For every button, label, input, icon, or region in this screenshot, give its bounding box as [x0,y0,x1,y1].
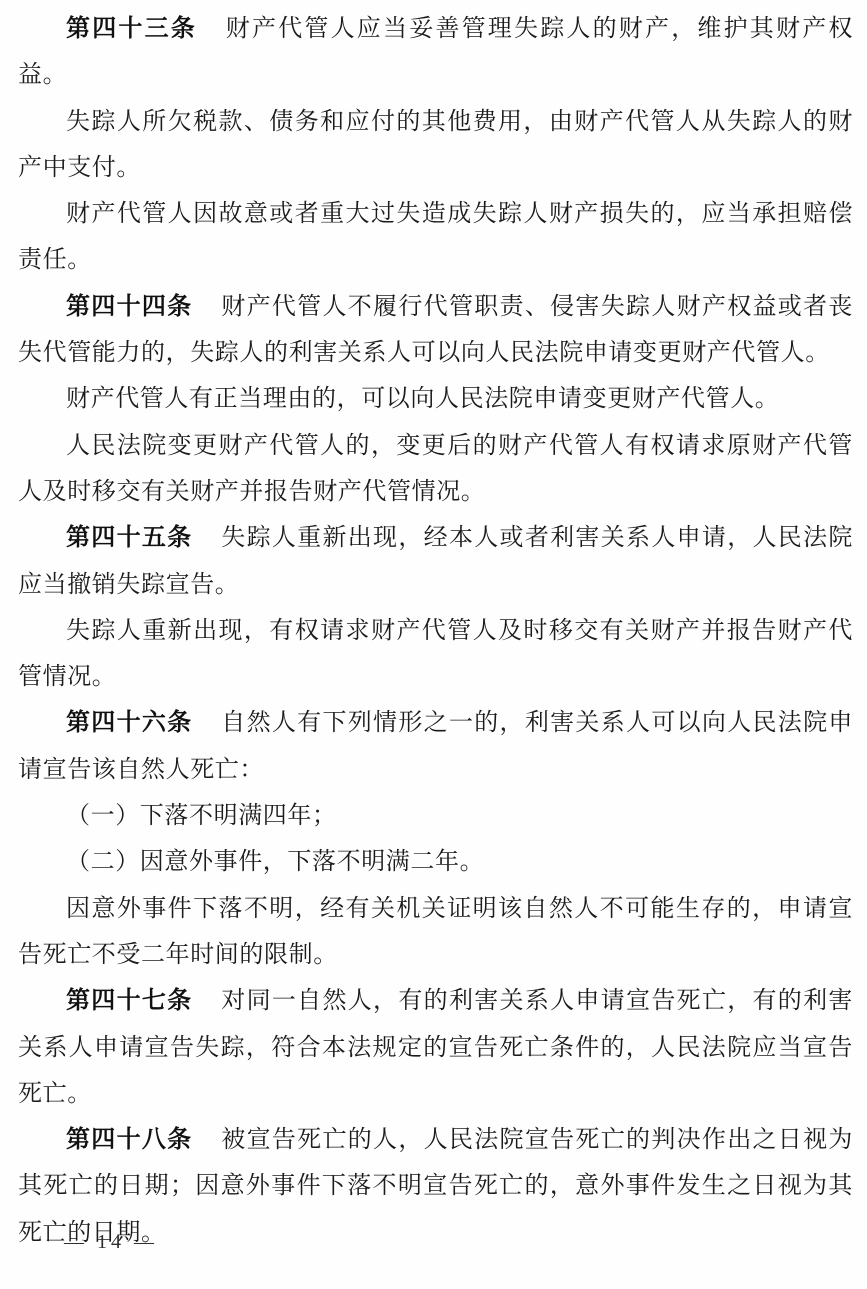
paragraph-text: 因意外事件下落不明，经有关机关证明该自然人不可能生存的，申请宣告死亡不受二年时间… [18,896,853,968]
article-number: 第四十七条 [66,987,192,1014]
article-number: 第四十四条 [66,293,192,320]
document-page: 第四十三条财产代管人应当妥善管理失踪人的财产，维护其财产权益。 失踪人所欠税款、… [0,0,867,1289]
paragraph-text: 人民法院变更财产代管人的，变更后的财产代管人有权请求原财产代管人及时移交有关财产… [18,433,853,505]
document-body: 第四十三条财产代管人应当妥善管理失踪人的财产，维护其财产权益。 失踪人所欠税款、… [18,6,853,1256]
article-number: 第四十六条 [66,709,192,736]
paragraph: 财产代管人因故意或者重大过失造成失踪人财产损失的，应当承担赔偿责任。 [18,191,853,284]
paragraph: 第四十六条自然人有下列情形之一的，利害关系人可以向人民法院申请宣告该自然人死亡： [18,700,853,793]
paragraph-text: 财产代管人因故意或者重大过失造成失踪人财产损失的，应当承担赔偿责任。 [18,201,853,273]
paragraph-text: （二）因意外事件，下落不明满二年。 [66,849,484,875]
paragraph-text: 失踪人所欠税款、债务和应付的其他费用，由财产代管人从失踪人的财产中支付。 [18,109,853,181]
paragraph: 失踪人重新出现，有权请求财产代管人及时移交有关财产并报告财产代管情况。 [18,608,853,701]
article-number: 第四十八条 [66,1126,192,1153]
paragraph: （一）下落不明满四年； [18,793,853,839]
paragraph-text: （一）下落不明满四年； [66,803,337,829]
paragraph: 第四十三条财产代管人应当妥善管理失踪人的财产，维护其财产权益。 [18,6,853,99]
paragraph-text: 失踪人重新出现，有权请求财产代管人及时移交有关财产并报告财产代管情况。 [18,618,853,690]
paragraph-text: 财产代管人有正当理由的，可以向人民法院申请变更财产代管人。 [66,386,779,412]
page-number-label: — 14 — [64,1231,158,1253]
article-number: 第四十五条 [66,524,192,551]
paragraph: 财产代管人有正当理由的，可以向人民法院申请变更财产代管人。 [18,376,853,422]
paragraph: 第四十七条对同一自然人，有的利害关系人申请宣告死亡，有的利害关系人申请宣告失踪，… [18,978,853,1117]
article-number: 第四十三条 [66,15,197,42]
page-footer: — 14 — [28,1208,158,1277]
paragraph: 因意外事件下落不明，经有关机关证明该自然人不可能生存的，申请宣告死亡不受二年时间… [18,886,853,979]
paragraph: 人民法院变更财产代管人的，变更后的财产代管人有权请求原财产代管人及时移交有关财产… [18,423,853,516]
paragraph: 第四十四条财产代管人不履行代管职责、侵害失踪人财产权益或者丧失代管能力的，失踪人… [18,284,853,377]
paragraph: 失踪人所欠税款、债务和应付的其他费用，由财产代管人从失踪人的财产中支付。 [18,99,853,192]
paragraph: （二）因意外事件，下落不明满二年。 [18,839,853,885]
paragraph: 第四十五条失踪人重新出现，经本人或者利害关系人申请，人民法院应当撤销失踪宣告。 [18,515,853,608]
